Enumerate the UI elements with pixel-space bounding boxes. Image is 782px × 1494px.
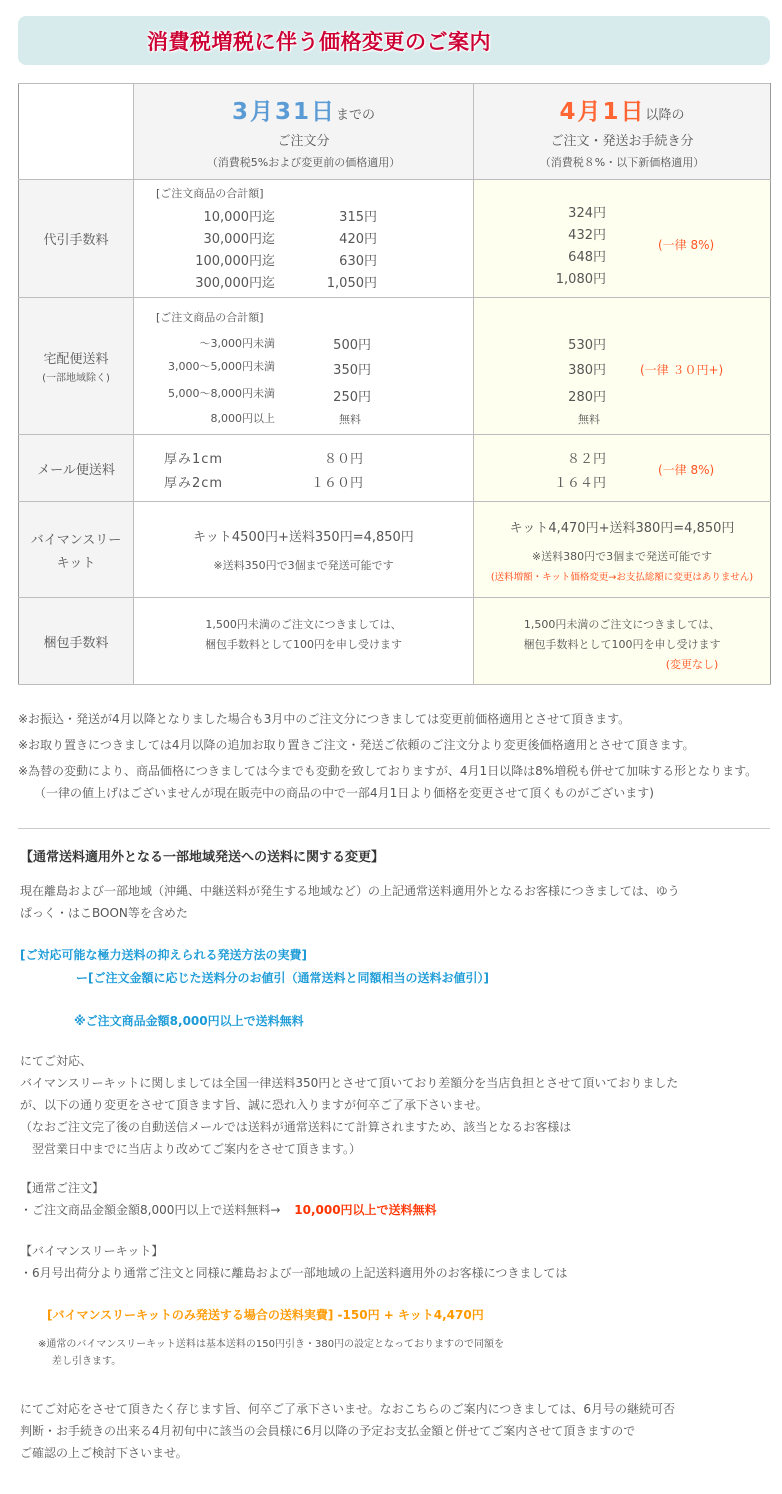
kit-new-red-note: (送料増額・キット価格変更→お支払総額に変更はありません) — [474, 569, 770, 583]
kit-small-note-1: ※通常のバイマンスリーキット送料は基本送料の150円引き・380円の設定となって… — [20, 1336, 770, 1353]
delivery-old-cell: [ご注文商品の合計額] 〜3,000円未満 500円 3,000〜5,000円未… — [134, 298, 474, 435]
mail-range-0: 厚み1cm — [164, 448, 223, 467]
section-divider — [18, 828, 770, 829]
delivery-new-0: 530円 — [568, 334, 606, 353]
notes-list: ※お振込・発送が4月以降となりました場合も3月中のご注文分につきましては変更前価… — [18, 706, 770, 804]
kit-new-cell: キット4,470円+送料380円=4,850円 ※送料380円で3個まで発送可能… — [474, 502, 771, 598]
kit-old-cell: キット4500円+送料350円=4,850円 ※送料350円で3個まで発送可能で… — [134, 502, 474, 598]
blue-block: [ご対応可能な極力送料の抑えられる発送方法の実費] ー[ご注文金額に応じた送料分… — [20, 946, 770, 1029]
cod-range-1: 30,000円迄 — [204, 228, 276, 247]
mail-old-0: ８０円 — [324, 448, 363, 467]
new-period-label: ご注文・発送お手続き分 — [474, 130, 770, 149]
closing-line: 判断・お手続きの出来る4月初旬中に該当の会員様に6月以降の予定お支払金額と併せて… — [20, 1420, 770, 1442]
delivery-new-3: 無料 — [578, 411, 600, 427]
blue-line-2: ー[ご注文金額に応じた送料分のお値引（通常送料と同額相当の送料お値引）] — [20, 969, 770, 986]
cod-new-0: 324円 — [568, 202, 606, 221]
kit-label-line2: キット — [19, 552, 133, 571]
para-line: バイマンスリーキットに関しましては全国一律送料350円とさせて頂いており差額分を… — [20, 1072, 770, 1094]
kit-new-main: キット4,470円+送料380円=4,850円 — [474, 517, 770, 536]
kit-small-note-2: 差し引きます。 — [20, 1353, 770, 1370]
cod-new-3: 1,080円 — [556, 268, 606, 287]
kit-line: ・6月号出荷分より通常ご注文と同様に離島および一部地域の上記送料適用外のお客様に… — [20, 1262, 770, 1284]
cod-old-cell: [ご注文商品の合計額] 10,000円迄 315円 30,000円迄 420円 … — [134, 180, 474, 298]
packing-old-cell: 1,500円未満のご注文につきましては、 梱包手数料として100円を申し受けます — [134, 598, 474, 685]
cod-range-0: 10,000円迄 — [204, 206, 276, 225]
intro-line: ぱっく・はこBOON等を含めた — [20, 902, 770, 924]
normal-order-new-threshold: 10,000円以上で送料無料 — [294, 1203, 436, 1217]
delivery-range-2: 5,000〜8,000円未満 — [168, 385, 275, 401]
packing-old-line1: 1,500円未満のご注文につきましては、 — [134, 616, 473, 632]
table-row-kit: バイマンスリー キット キット4500円+送料350円=4,850円 ※送料35… — [19, 502, 771, 598]
para-line: （なおご注文完了後の自動送信メールでは送料が通常送料にて計算されますため、該当と… — [20, 1116, 770, 1138]
cod-range-2: 100,000円迄 — [195, 250, 275, 269]
cod-old-0: 315円 — [339, 206, 377, 225]
section-intro: 現在離島および一部地域（沖縄、中継送料が発生する地域など）の上記通常送料適用外と… — [20, 880, 770, 924]
section-title: 【通常送料適用外となる一部地域発送への送料に関する変更】 — [20, 846, 770, 865]
closing-line: ご確認の上ご検討下さいませ。 — [20, 1442, 770, 1464]
table-row-delivery: 宅配便送料 (一部地域除く) [ご注文商品の合計額] 〜3,000円未満 500… — [19, 298, 771, 435]
delivery-new-2: 280円 — [568, 386, 606, 405]
row-label-kit: バイマンスリー キット — [19, 502, 134, 598]
delivery-old-3: 無料 — [339, 411, 361, 427]
blue-line-1: [ご対応可能な極力送料の抑えられる発送方法の実費] — [20, 946, 770, 963]
packing-new-line1: 1,500円未満のご注文につきましては、 — [474, 616, 770, 632]
note-item: ※お振込・発送が4月以降となりました場合も3月中のご注文分につきましては変更前価… — [18, 706, 770, 732]
kit-new-note: ※送料380円で3個まで発送可能です — [474, 548, 770, 564]
kit-block: 【バイマンスリーキット】 ・6月号出荷分より通常ご注文と同様に離島および一部地域… — [20, 1240, 770, 1370]
new-tax-note: （消費税８%・以下新価格適用） — [474, 154, 770, 170]
mail-new-cell: ８２円 １６４円 (一律 8%) — [474, 435, 771, 502]
mail-range-1: 厚み2cm — [164, 472, 223, 491]
row-label-cod: 代引手数料 — [19, 180, 134, 298]
header-blank-cell — [19, 84, 134, 180]
mail-new-0: ８２円 — [567, 448, 606, 467]
note-item: ※お取り置きにつきましては4月以降の追加お取り置きご注文・発送ご依頼のご注文分よ… — [18, 732, 770, 758]
mail-new-1: １６４円 — [554, 472, 606, 491]
delivery-range-3: 8,000円以上 — [211, 410, 276, 426]
packing-old-line2: 梱包手数料として100円を申し受けます — [134, 636, 473, 652]
cod-change-note: (一律 8%) — [658, 236, 714, 253]
delivery-old-0: 500円 — [333, 334, 371, 353]
delivery-new-1: 380円 — [568, 359, 606, 378]
row-label-delivery: 宅配便送料 (一部地域除く) — [19, 298, 134, 435]
cod-old-3: 1,050円 — [327, 272, 377, 291]
blue-line-3: ※ご注文商品金額8,000円以上で送料無料 — [20, 1012, 770, 1029]
cod-new-1: 432円 — [568, 224, 606, 243]
intro-line: 現在離島および一部地域（沖縄、中継送料が発生する地域など）の上記通常送料適用外と… — [20, 880, 770, 902]
delivery-new-cell: 530円 380円 280円 無料 (一律 ３０円+) — [474, 298, 771, 435]
old-tax-note: （消費税5%および変更前の価格適用） — [134, 154, 473, 170]
normal-order-heading: 【通常ご注文】 — [20, 1177, 770, 1199]
para-line: 翌営業日中までに当店より改めてご案内をさせて頂きます。） — [20, 1138, 770, 1160]
cod-new-cell: 324円 432円 648円 1,080円 (一律 8%) — [474, 180, 771, 298]
delivery-old-1: 350円 — [333, 359, 371, 378]
row-label-packing: 梱包手数料 — [19, 598, 134, 685]
section-heading: 【通常送料適用外となる一部地域発送への送料に関する変更】 — [20, 846, 770, 865]
new-date: 4月1日 — [559, 99, 645, 125]
packing-change-note: (変更なし) — [474, 656, 770, 672]
delivery-change-note: (一律 ３０円+) — [640, 361, 723, 378]
cod-new-2: 648円 — [568, 246, 606, 265]
packing-new-cell: 1,500円未満のご注文につきましては、 梱包手数料として100円を申し受けます… — [474, 598, 771, 685]
cod-caption: [ご注文商品の合計額] — [156, 185, 264, 201]
header-new-price: 4月1日以降の ご注文・発送お手続き分 （消費税８%・以下新価格適用） — [474, 84, 771, 180]
explanation-paragraph: にてご対応、 バイマンスリーキットに関しましては全国一律送料350円とさせて頂い… — [20, 1050, 770, 1160]
old-date-suffix: までの — [336, 108, 375, 123]
kit-heading: 【バイマンスリーキット】 — [20, 1240, 770, 1262]
closing-paragraph: にてご対応をさせて頂きたく存じます旨、何卒ご了承下さいませ。なおこちらのご案内に… — [20, 1398, 770, 1464]
packing-new-line2: 梱包手数料として100円を申し受けます — [474, 636, 770, 652]
table-row-cod: 代引手数料 [ご注文商品の合計額] 10,000円迄 315円 30,000円迄… — [19, 180, 771, 298]
delivery-range-0: 〜3,000円未満 — [200, 335, 276, 351]
page-title: 消費税増税に伴う価格変更のご案内 — [18, 26, 770, 56]
delivery-label: 宅配便送料 — [43, 352, 108, 367]
cod-range-3: 300,000円迄 — [195, 272, 275, 291]
kit-label-line1: バイマンスリー — [19, 529, 133, 548]
para-line: が、以下の通り変更をさせて頂きます旨、誠に恐れ入りますが何卒ご了承下さいませ。 — [20, 1094, 770, 1116]
cod-old-2: 630円 — [339, 250, 377, 269]
delivery-sublabel: (一部地域除く) — [19, 369, 133, 384]
normal-order-block: 【通常ご注文】 ・ご注文商品金額金額8,000円以上で送料無料→ 10,000円… — [20, 1177, 770, 1221]
price-change-table: 3月31日までの ご注文分 （消費税5%および変更前の価格適用） 4月1日以降の… — [18, 83, 771, 685]
delivery-range-1: 3,000〜5,000円未満 — [168, 358, 275, 374]
mail-old-1: １６０円 — [311, 472, 363, 491]
kit-shipping-cost: [バイマンスリーキットのみ発送する場合の送料実費] -150円 + キット4,4… — [20, 1304, 770, 1326]
new-date-suffix: 以降の — [646, 108, 685, 123]
old-period-label: ご注文分 — [134, 130, 473, 149]
mail-old-cell: 厚み1cm ８０円 厚み2cm １６０円 — [134, 435, 474, 502]
kit-old-note: ※送料350円で3個まで発送可能です — [134, 557, 473, 573]
old-date: 3月31日 — [232, 99, 336, 125]
normal-order-line: ・ご注文商品金額金額8,000円以上で送料無料→ — [20, 1203, 280, 1217]
para-line: にてご対応、 — [20, 1050, 770, 1072]
table-row-mail: メール便送料 厚み1cm ８０円 厚み2cm １６０円 ８２円 １６４円 (一律… — [19, 435, 771, 502]
row-label-mail: メール便送料 — [19, 435, 134, 502]
table-row-packing: 梱包手数料 1,500円未満のご注文につきましては、 梱包手数料として100円を… — [19, 598, 771, 685]
title-banner: 消費税増税に伴う価格変更のご案内 — [18, 16, 770, 65]
table-header-row: 3月31日までの ご注文分 （消費税5%および変更前の価格適用） 4月1日以降の… — [19, 84, 771, 180]
note-item: ※為替の変動により、商品価格につきましては今までも変動を致しておりますが、4月1… — [18, 760, 770, 804]
mail-change-note: (一律 8%) — [658, 461, 714, 478]
cod-old-1: 420円 — [339, 228, 377, 247]
closing-line: にてご対応をさせて頂きたく存じます旨、何卒ご了承下さいませ。なおこちらのご案内に… — [20, 1398, 770, 1420]
header-old-price: 3月31日までの ご注文分 （消費税5%および変更前の価格適用） — [134, 84, 474, 180]
kit-old-main: キット4500円+送料350円=4,850円 — [134, 526, 473, 545]
delivery-caption: [ご注文商品の合計額] — [156, 309, 264, 325]
delivery-old-2: 250円 — [333, 386, 371, 405]
